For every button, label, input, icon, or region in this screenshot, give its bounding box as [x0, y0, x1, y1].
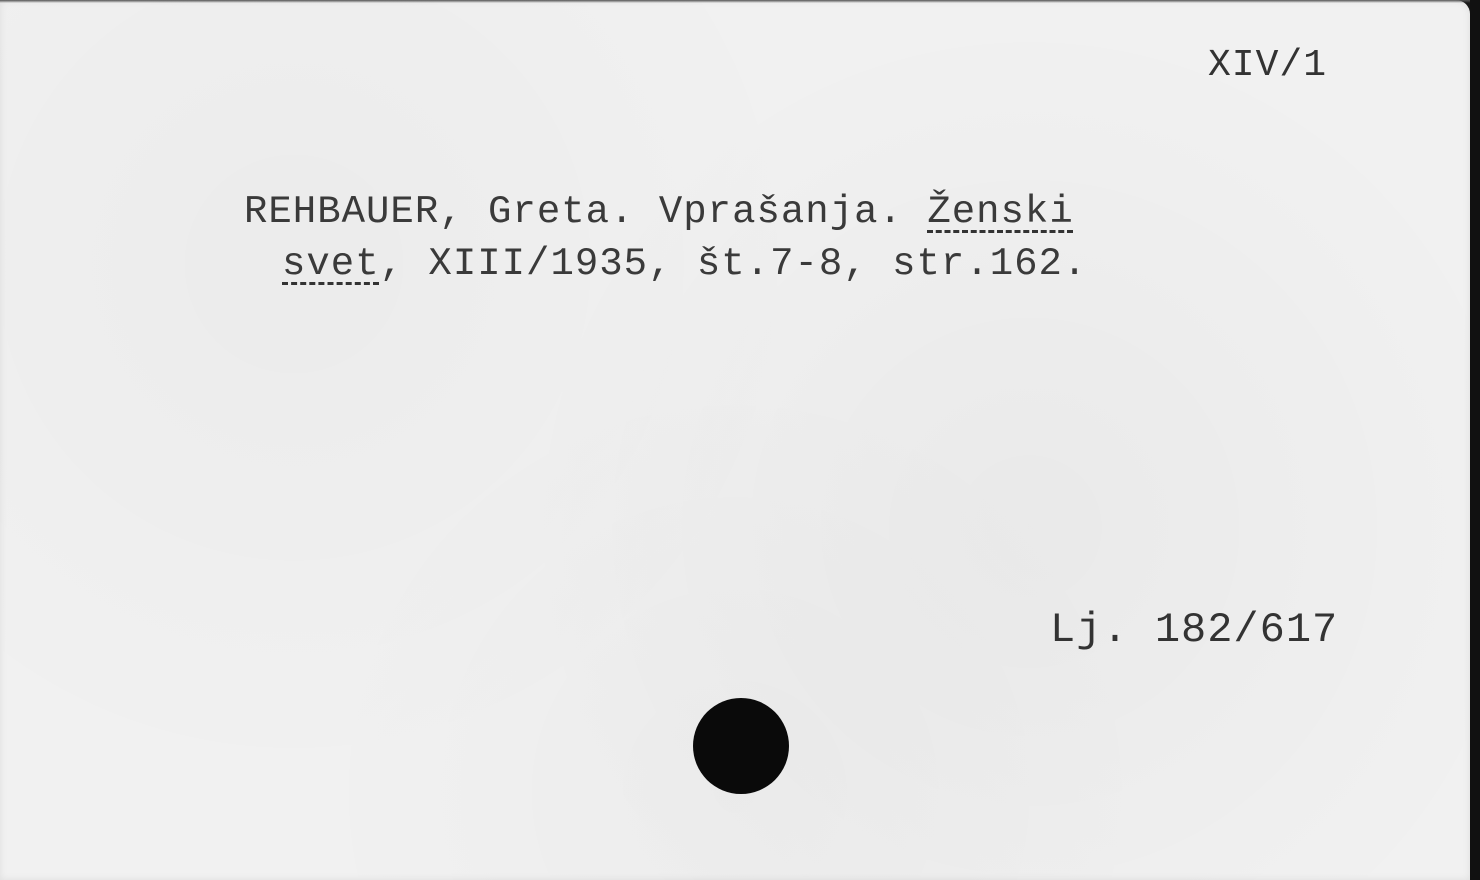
entry-line-1: REHBAUER, Greta. Vprašanja. Ženski: [244, 190, 1074, 234]
catalog-card: XIV/1 REHBAUER, Greta. Vprašanja. Ženski…: [0, 0, 1470, 880]
background-edge: [1470, 0, 1480, 880]
entry-author-title: REHBAUER, Greta. Vprašanja.: [244, 190, 927, 234]
punch-hole: [693, 698, 789, 794]
card-top-edge: [0, 0, 1470, 3]
call-number: XIV/1: [1208, 44, 1327, 87]
entry-line-2: svet, XIII/1935, št.7-8, str.162.: [282, 242, 1087, 286]
journal-title-part-2: svet: [282, 242, 380, 286]
entry-citation: , XIII/1935, št.7-8, str.162.: [380, 242, 1088, 286]
journal-title-part-1: Ženski: [927, 190, 1073, 234]
shelf-mark: Lj. 182/617: [1050, 606, 1338, 654]
